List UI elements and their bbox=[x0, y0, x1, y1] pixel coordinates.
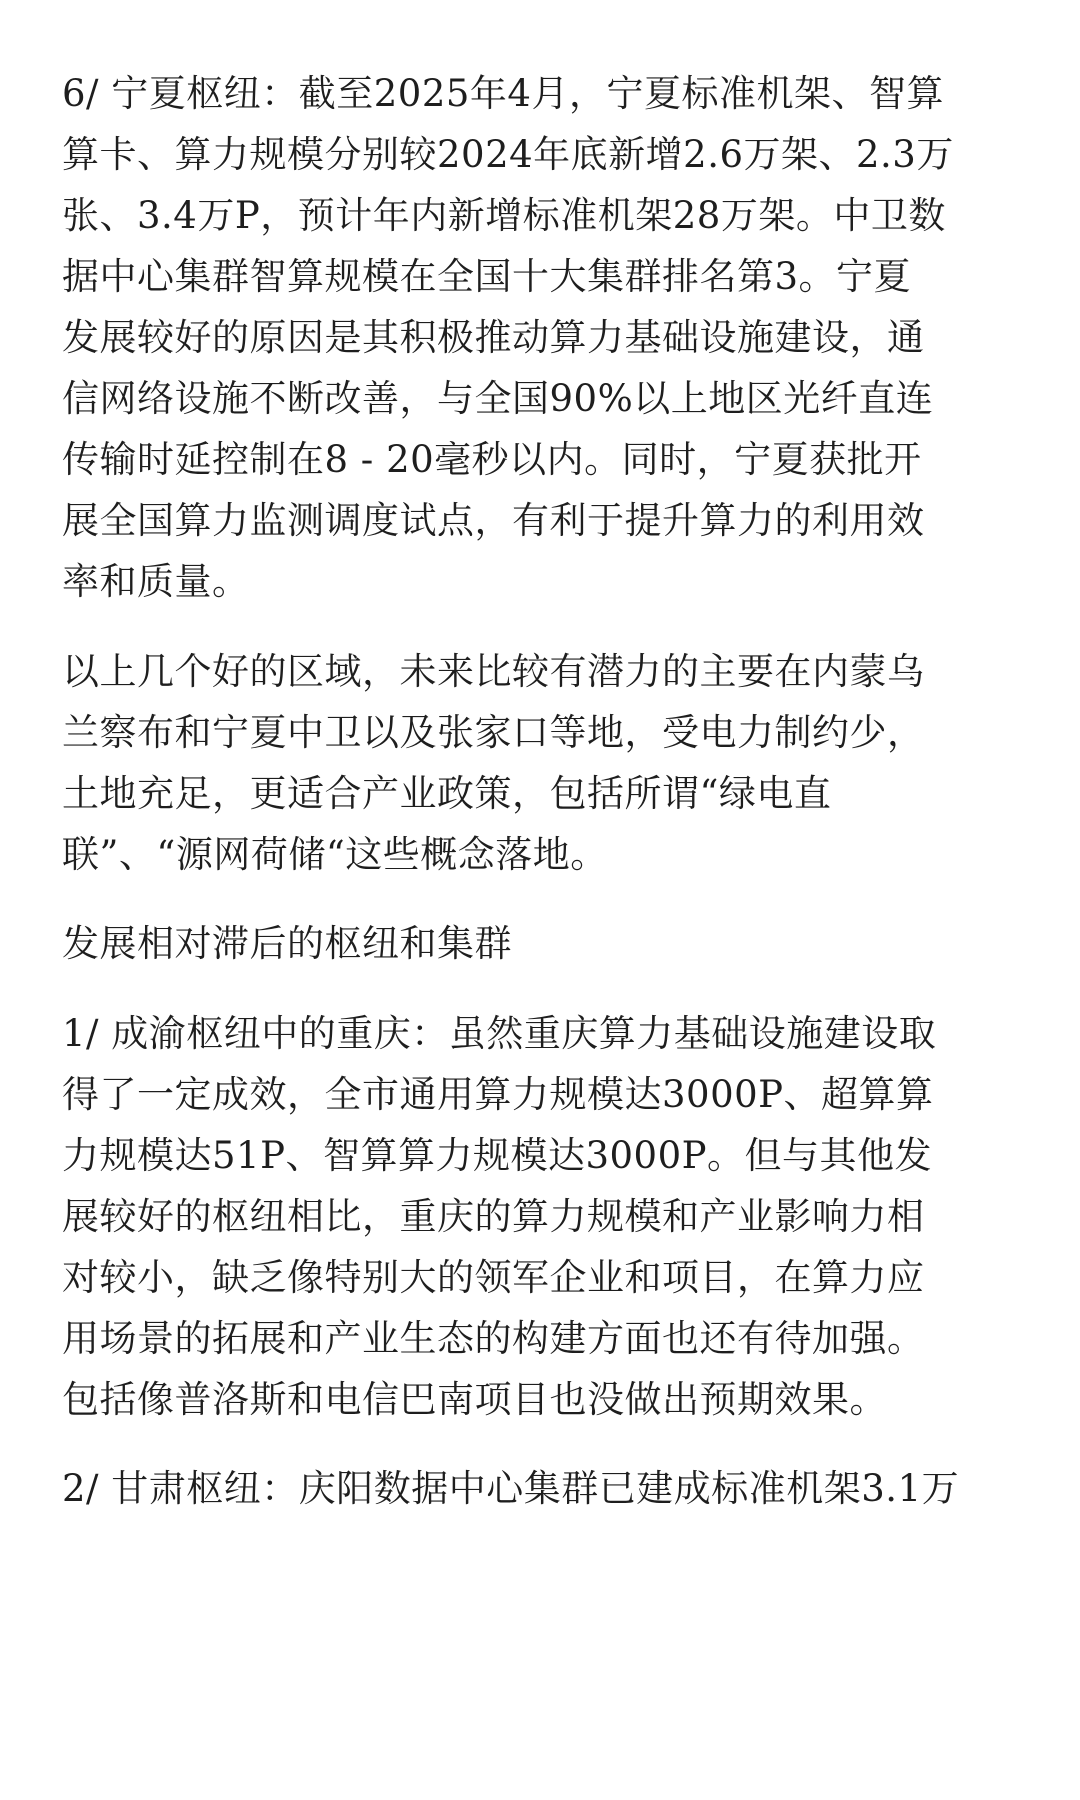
text-line: 传输时延控制在8 - 20毫秒以内。同时，宁夏获批开 bbox=[62, 438, 922, 482]
text-line: 兰察布和宁夏中卫以及张家口等地，受电力制约少， bbox=[62, 711, 925, 755]
text-line: 6/ 宁夏枢纽：截至2025年4月，宁夏标准机架、智算 bbox=[62, 72, 944, 116]
text-line: 展较好的枢纽相比，重庆的算力规模和产业影响力相 bbox=[62, 1195, 925, 1239]
article-body: 6/ 宁夏枢纽：截至2025年4月，宁夏标准机架、智算 算卡、算力规模分别较20… bbox=[0, 0, 1080, 1800]
text-line: 发展较好的原因是其积极推动算力基础设施建设，通 bbox=[62, 316, 925, 360]
text-line: 土地充足，更适合产业政策，包括所谓“绿电直 bbox=[62, 772, 831, 816]
text-line: 张、3.4万P，预计年内新增标准机架28万架。中卫数 bbox=[62, 194, 946, 238]
text-line: 得了一定成效，全市通用算力规模达3000P、超算算 bbox=[62, 1073, 934, 1117]
text-line: 力规模达51P、智算算力规模达3000P。但与其他发 bbox=[62, 1134, 932, 1178]
text-line: 包括像普洛斯和电信巴南项目也没做出预期效果。 bbox=[62, 1378, 887, 1422]
text-line: 1/ 成渝枢纽中的重庆：虽然重庆算力基础设施建设取 bbox=[62, 1012, 936, 1056]
heading-text: 发展相对滞后的枢纽和集群 bbox=[62, 922, 512, 966]
text-line: 算卡、算力规模分别较2024年底新增2.6万架、2.3万 bbox=[62, 133, 954, 177]
text-line: 据中心集群智算规模在全国十大集群排名第3。宁夏 bbox=[62, 255, 911, 299]
text-line: 2/ 甘肃枢纽：庆阳数据中心集群已建成标准机架3.1万 bbox=[62, 1467, 959, 1511]
text-line: 用场景的拓展和产业生态的构建方面也还有待加强。 bbox=[62, 1317, 925, 1361]
text-line: 信网络设施不断改善，与全国90%以上地区光纤直连 bbox=[62, 377, 933, 421]
text-line: 以上几个好的区域，未来比较有潜力的主要在内蒙乌 bbox=[62, 650, 925, 694]
text-line: 对较小，缺乏像特别大的领军企业和项目，在算力应 bbox=[62, 1256, 925, 1300]
text-line: 率和质量。 bbox=[62, 560, 250, 604]
text-line: 联”、“源网荷储“这些概念落地。 bbox=[62, 833, 608, 877]
text-line: 展全国算力监测调度试点，有利于提升算力的利用效 bbox=[62, 499, 925, 543]
